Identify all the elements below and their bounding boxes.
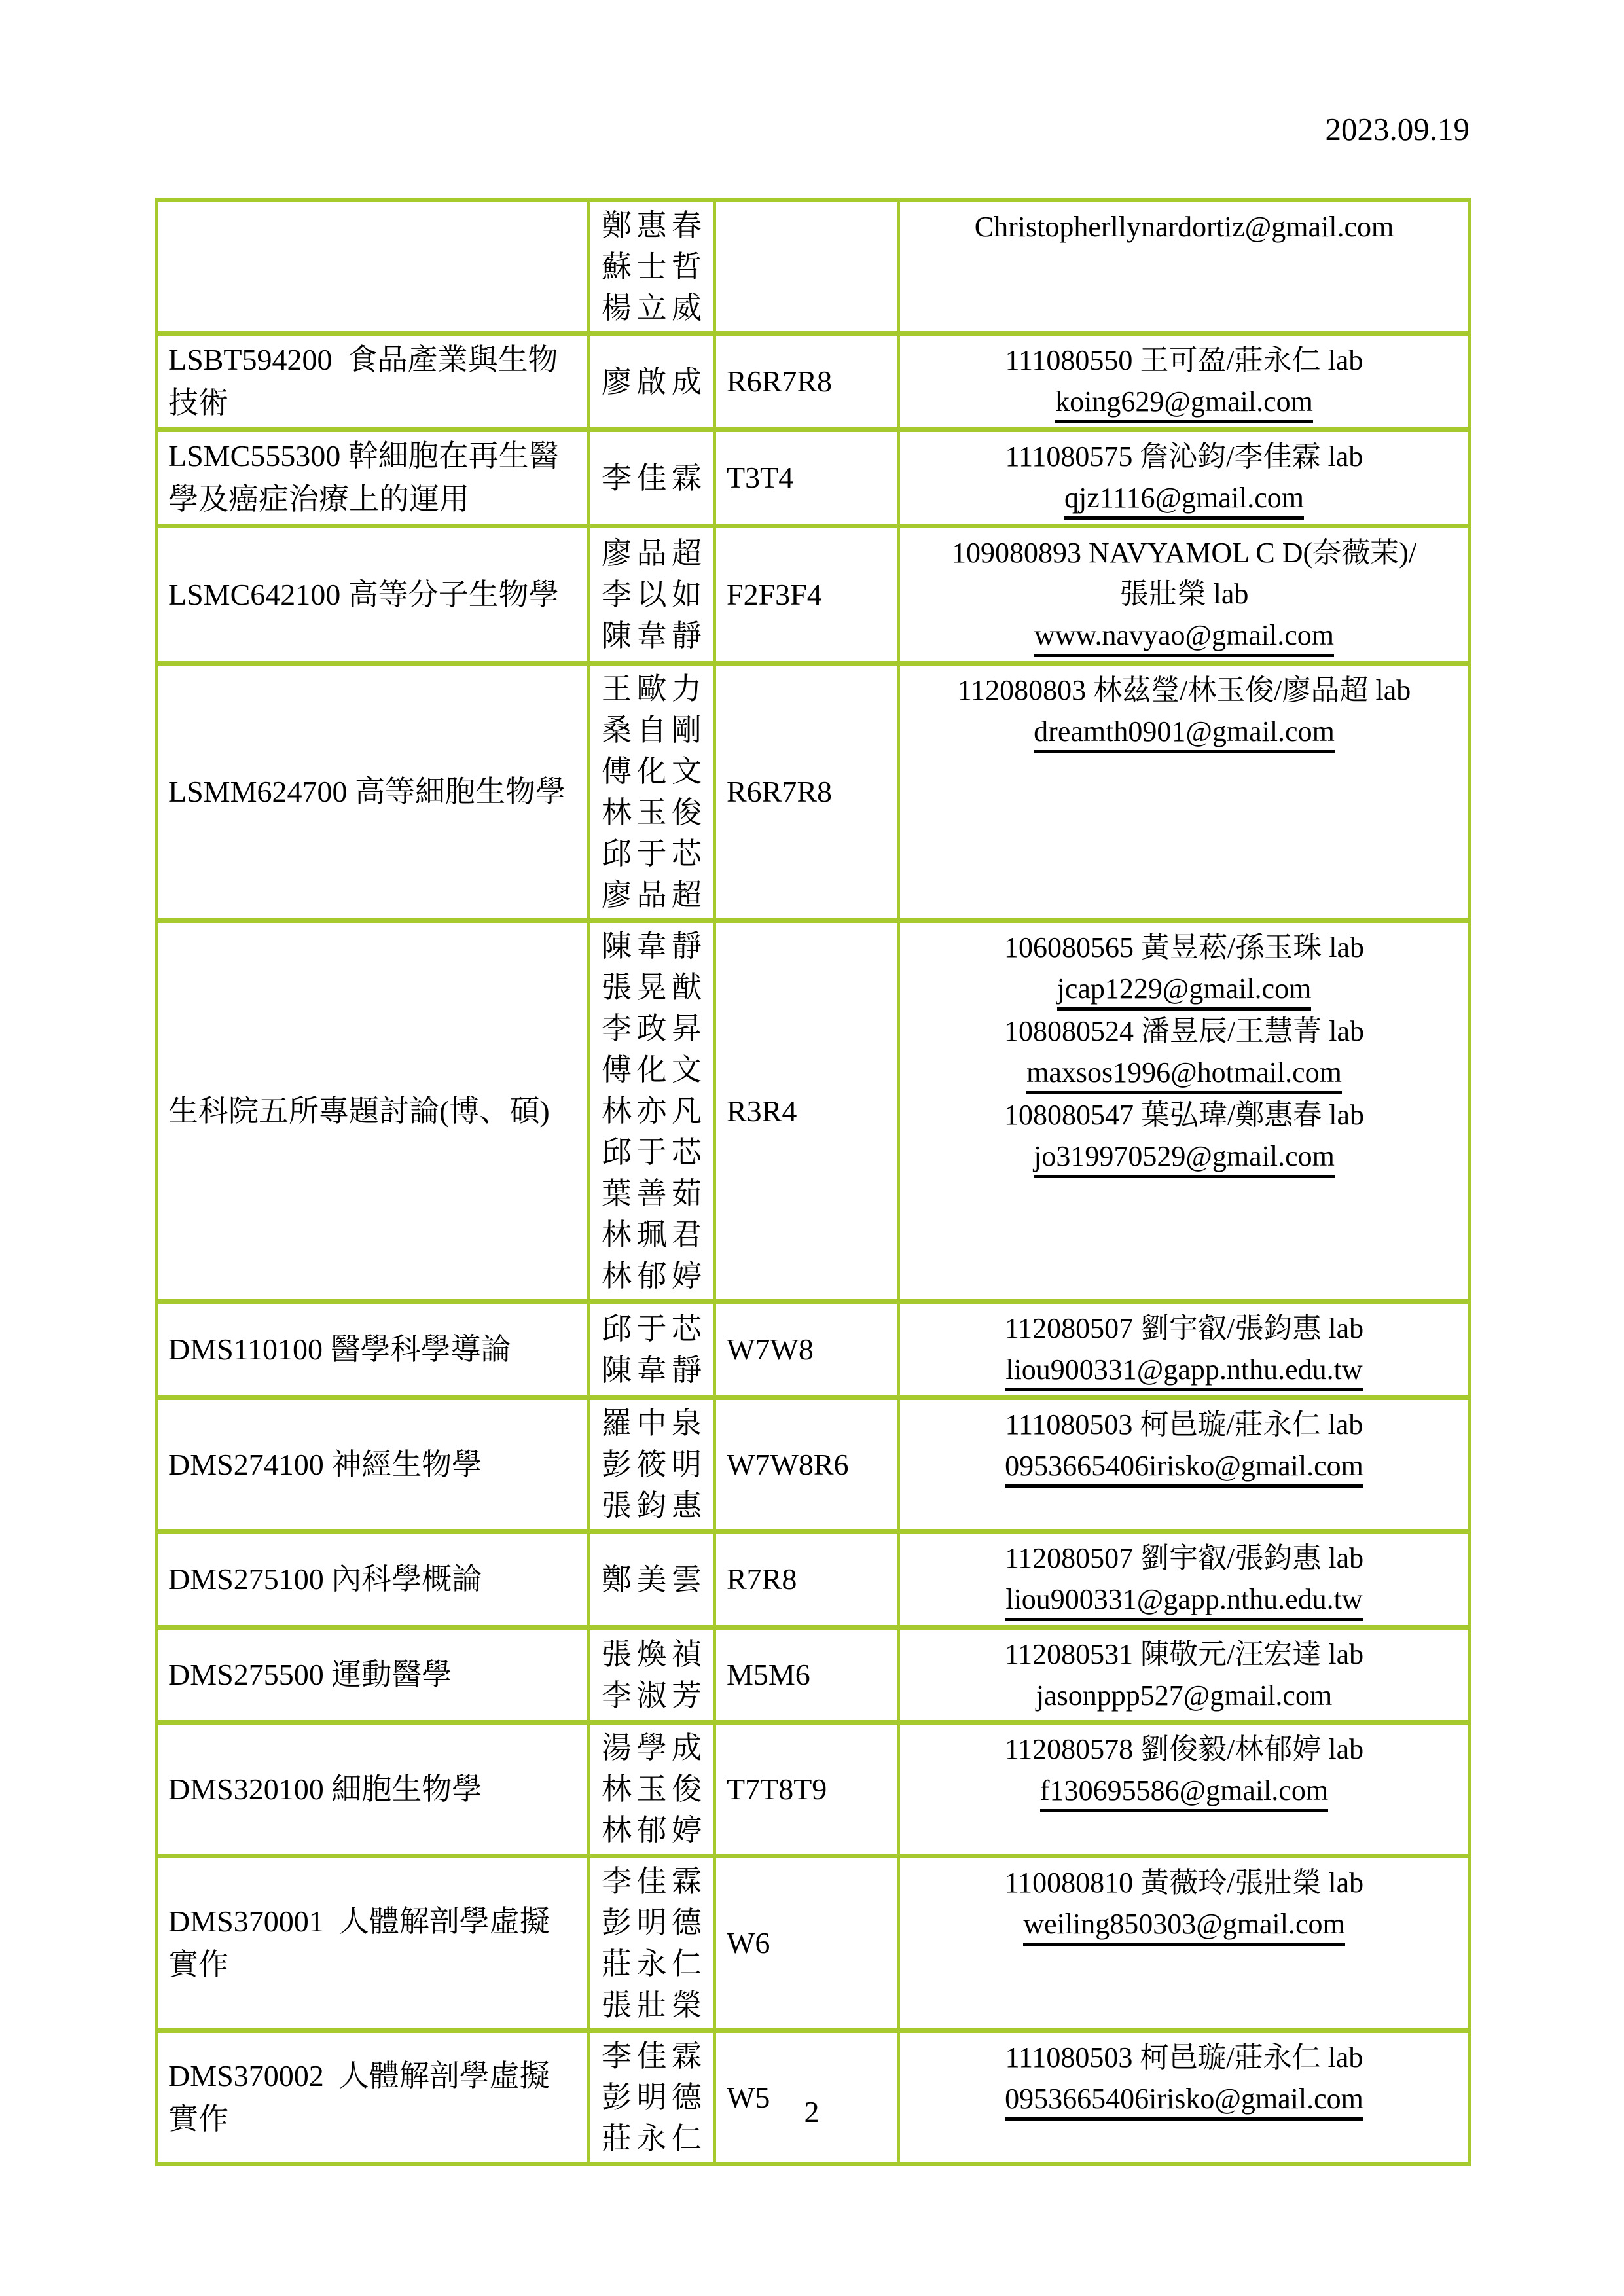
contact-line: 0953665406irisko@gmail.com (905, 1445, 1463, 1488)
teachers-cell: 張煥禎李淑芳 (588, 1628, 715, 1723)
table-row: 生科院五所專題討論(博、碩) 陳韋靜張晃猷李政昇傅化文林亦凡邱于芯葉善茹林珮君林… (156, 921, 1470, 1302)
teacher-name: 傅化文 (602, 751, 702, 792)
contact-text: 111080503 柯邑璇/莊永仁 lab (1005, 1408, 1363, 1441)
time-cell: R6R7R8 (715, 664, 899, 921)
table-row: DMS110100 醫學科學導論 邱于芯陳韋靜 W7W8 112080507 劉… (156, 1302, 1470, 1398)
teachers-cell: 王歐力桑自剛傅化文林玉俊邱于芯廖品超 (588, 664, 715, 921)
teacher-name: 廖品超 (602, 533, 702, 574)
teacher-name: 陳韋靜 (602, 615, 702, 656)
course-cell: DMS320100 細胞生物學 (156, 1723, 588, 1856)
contact-text: 106080565 黃昱菘/孫玉珠 lab (1004, 931, 1364, 963)
teacher-name: 林玉俊 (602, 792, 702, 833)
contact-line: 111080575 詹沁鈞/李佳霖 lab (905, 436, 1463, 477)
contact-cell: 112080507 劉宇叡/張鈞惠 labliou900331@gapp.nth… (899, 1302, 1470, 1398)
email-link[interactable]: 0953665406irisko@gmail.com (1005, 1449, 1363, 1488)
contact-text: 張壯榮 lab (1120, 578, 1249, 610)
contact-line: jo319970529@gmail.com (905, 1136, 1463, 1178)
contact-text: 112080803 林茲瑩/林玉俊/廖品超 lab (958, 674, 1411, 706)
teacher-name: 林亦凡 (602, 1090, 702, 1132)
teachers-cell: 鄭惠春蘇士哲楊立威 (588, 200, 715, 334)
teachers-cell: 廖啟成 (588, 334, 715, 430)
contact-cell: 111080503 柯邑璇/莊永仁 lab0953665406irisko@gm… (899, 1398, 1470, 1532)
teacher-name: 陳韋靜 (602, 925, 702, 967)
contact-text: 109080893 NAVYAMOL C D(奈薇茉)/ (952, 537, 1416, 569)
course-cell: LSBT594200 食品產業與生物技術 (156, 334, 588, 430)
time-cell: T7T8T9 (715, 1723, 899, 1856)
course-cell: DMS274100 神經生物學 (156, 1398, 588, 1532)
contact-cell: 109080893 NAVYAMOL C D(奈薇茉)/張壯榮 labwww.n… (899, 526, 1470, 664)
email-link[interactable]: weiling850303@gmail.com (1023, 1907, 1344, 1946)
contact-line: 108080547 葉弘瑋/鄭惠春 lab (905, 1094, 1463, 1136)
contact-text: 112080531 陳敬元/汪宏達 lab (1005, 1638, 1363, 1670)
time-cell: W6 (715, 1856, 899, 2031)
teacher-name: 張壯榮 (602, 1984, 702, 2026)
table-row: DMS274100 神經生物學 羅中泉彭筱明張鈞惠 W7W8R6 1110805… (156, 1398, 1470, 1532)
teacher-name: 邱于芯 (602, 833, 702, 874)
contact-line: 112080507 劉宇叡/張鈞惠 lab (905, 1308, 1463, 1349)
contact-cell: 112080803 林茲瑩/林玉俊/廖品超 labdreamth0901@gma… (899, 664, 1470, 921)
teachers-cell: 陳韋靜張晃猷李政昇傅化文林亦凡邱于芯葉善茹林珮君林郁婷 (588, 921, 715, 1302)
teacher-name: 桑自剛 (602, 709, 702, 751)
teacher-name: 張晃猷 (602, 967, 702, 1008)
contact-cell: 112080531 陳敬元/汪宏達 labjasonppp527@gmail.c… (899, 1628, 1470, 1723)
email-link[interactable]: jcap1229@gmail.com (1057, 972, 1312, 1011)
time-cell (715, 200, 899, 334)
teachers-cell: 鄭美雲 (588, 1532, 715, 1628)
teacher-name: 鄭惠春 (602, 205, 702, 246)
contact-text: 110080810 黃薇玲/張壯榮 lab (1005, 1867, 1363, 1899)
contact-text: 111080550 王可盈/莊永仁 lab (1005, 344, 1363, 376)
contact-line: 109080893 NAVYAMOL C D(奈薇茉)/ (905, 532, 1463, 573)
course-cell: LSMC642100 高等分子生物學 (156, 526, 588, 664)
table-row: 鄭惠春蘇士哲楊立威 Christopherllynardortiz@gmail.… (156, 200, 1470, 334)
teachers-cell: 廖品超李以如陳韋靜 (588, 526, 715, 664)
teacher-name: 湯學成 (602, 1727, 702, 1768)
course-cell: DMS110100 醫學科學導論 (156, 1302, 588, 1398)
table-row: LSMC642100 高等分子生物學 廖品超李以如陳韋靜 F2F3F4 1090… (156, 526, 1470, 664)
contact-text: 108080547 葉弘瑋/鄭惠春 lab (1004, 1099, 1364, 1131)
course-cell: DMS370001 人體解剖學虛擬實作 (156, 1856, 588, 2031)
contact-line: maxsos1996@hotmail.com (905, 1052, 1463, 1094)
time-cell: R7R8 (715, 1532, 899, 1628)
teachers-cell: 李佳霖彭明德莊永仁張壯榮 (588, 1856, 715, 2031)
teacher-name: 李佳霖 (602, 1861, 702, 1902)
course-cell: 生科院五所專題討論(博、碩) (156, 921, 588, 1302)
teachers-cell: 邱于芯陳韋靜 (588, 1302, 715, 1398)
teacher-name: 廖啟成 (602, 361, 702, 403)
contact-text: 112080507 劉宇叡/張鈞惠 lab (1005, 1542, 1363, 1574)
contact-line: liou900331@gapp.nthu.edu.tw (905, 1579, 1463, 1621)
contact-cell: 111080550 王可盈/莊永仁 labkoing629@gmail.com (899, 334, 1470, 430)
teacher-name: 彭明德 (602, 1902, 702, 1943)
email-link[interactable]: koing629@gmail.com (1055, 385, 1313, 423)
contact-line: 112080578 劉俊毅/林郁婷 lab (905, 1729, 1463, 1770)
teacher-name: 李佳霖 (602, 2036, 702, 2077)
teachers-cell: 湯學成林玉俊林郁婷 (588, 1723, 715, 1856)
document-date: 2023.09.19 (1326, 110, 1470, 149)
course-cell: LSMC555300 幹細胞在再生醫學及癌症治療上的運用 (156, 430, 588, 526)
teacher-name: 傅化文 (602, 1049, 702, 1090)
table-row: DMS320100 細胞生物學 湯學成林玉俊林郁婷 T7T8T9 1120805… (156, 1723, 1470, 1856)
contact-line: 108080524 潘昱辰/王慧菁 lab (905, 1011, 1463, 1052)
email-link[interactable]: qjz1116@gmail.com (1064, 481, 1304, 520)
contact-line: 111080550 王可盈/莊永仁 lab (905, 340, 1463, 381)
email-link[interactable]: www.navyao@gmail.com (1034, 619, 1334, 657)
contact-line: qjz1116@gmail.com (905, 477, 1463, 520)
email-link[interactable]: liou900331@gapp.nthu.edu.tw (1005, 1583, 1362, 1621)
time-cell: T3T4 (715, 430, 899, 526)
contact-line: f130695586@gmail.com (905, 1770, 1463, 1812)
teacher-name: 李佳霖 (602, 457, 702, 499)
email-link[interactable]: liou900331@gapp.nthu.edu.tw (1005, 1353, 1362, 1391)
table-row: LSBT594200 食品產業與生物技術 廖啟成 R6R7R8 11108055… (156, 334, 1470, 430)
teacher-name: 林郁婷 (602, 1255, 702, 1297)
contact-line: 111080503 柯邑璇/莊永仁 lab (905, 1404, 1463, 1445)
contact-cell: 112080507 劉宇叡/張鈞惠 labliou900331@gapp.nth… (899, 1532, 1470, 1628)
contact-line: 112080803 林茲瑩/林玉俊/廖品超 lab (905, 670, 1463, 711)
course-cell: LSMM624700 高等細胞生物學 (156, 664, 588, 921)
teachers-cell: 羅中泉彭筱明張鈞惠 (588, 1398, 715, 1532)
contact-line: 112080507 劉宇叡/張鈞惠 lab (905, 1537, 1463, 1579)
course-cell: DMS275500 運動醫學 (156, 1628, 588, 1723)
email-link[interactable]: f130695586@gmail.com (1040, 1774, 1328, 1812)
contact-cell: 110080810 黃薇玲/張壯榮 labweiling850303@gmail… (899, 1856, 1470, 2031)
email-link[interactable]: dreamth0901@gmail.com (1034, 715, 1335, 753)
contact-line: dreamth0901@gmail.com (905, 711, 1463, 753)
teacher-name: 蘇士哲 (602, 246, 702, 287)
contact-line: jasonppp527@gmail.com (905, 1675, 1463, 1716)
contact-line: 110080810 黃薇玲/張壯榮 lab (905, 1862, 1463, 1903)
teacher-name: 李政昇 (602, 1008, 702, 1049)
contact-line: weiling850303@gmail.com (905, 1903, 1463, 1946)
contact-text: 112080507 劉宇叡/張鈞惠 lab (1005, 1312, 1363, 1344)
course-cell: DMS275100 內科學概論 (156, 1532, 588, 1628)
teacher-name: 林珮君 (602, 1214, 702, 1255)
contact-cell: Christopherllynardortiz@gmail.com (899, 200, 1470, 334)
contact-text: Christopherllynardortiz@gmail.com (975, 211, 1394, 243)
table-row: DMS275100 內科學概論 鄭美雲 R7R8 112080507 劉宇叡/張… (156, 1532, 1470, 1628)
email-link[interactable]: maxsos1996@hotmail.com (1026, 1056, 1342, 1094)
time-cell: W7W8R6 (715, 1398, 899, 1532)
teacher-name: 葉善茹 (602, 1173, 702, 1214)
time-cell: F2F3F4 (715, 526, 899, 664)
time-cell: R6R7R8 (715, 334, 899, 430)
contact-cell: 106080565 黃昱菘/孫玉珠 labjcap1229@gmail.com1… (899, 921, 1470, 1302)
contact-text: 111080503 柯邑璇/莊永仁 lab (1005, 2041, 1363, 2073)
contact-line: 111080503 柯邑璇/莊永仁 lab (905, 2037, 1463, 2078)
teacher-name: 李淑芳 (602, 1675, 702, 1716)
teacher-name: 林玉俊 (602, 1768, 702, 1810)
contact-line: koing629@gmail.com (905, 381, 1463, 423)
email-link[interactable]: jo319970529@gmail.com (1034, 1139, 1335, 1178)
contact-text: 108080524 潘昱辰/王慧菁 lab (1004, 1015, 1364, 1047)
contact-text: 112080578 劉俊毅/林郁婷 lab (1005, 1733, 1363, 1765)
teacher-name: 鄭美雲 (602, 1559, 702, 1600)
table-body: 鄭惠春蘇士哲楊立威 Christopherllynardortiz@gmail.… (156, 200, 1470, 2164)
contact-text: jasonppp527@gmail.com (1036, 1679, 1332, 1712)
teacher-name: 張煥禎 (602, 1634, 702, 1675)
page-number: 2 (155, 2094, 1468, 2129)
table-row: LSMM624700 高等細胞生物學 王歐力桑自剛傅化文林玉俊邱于芯廖品超 R6… (156, 664, 1470, 921)
teacher-name: 張鈞惠 (602, 1485, 702, 1526)
contact-cell: 111080575 詹沁鈞/李佳霖 labqjz1116@gmail.com (899, 430, 1470, 526)
contact-cell: 112080578 劉俊毅/林郁婷 labf130695586@gmail.co… (899, 1723, 1470, 1856)
teachers-cell: 李佳霖 (588, 430, 715, 526)
contact-line: Christopherllynardortiz@gmail.com (905, 206, 1463, 247)
course-cell (156, 200, 588, 334)
contact-line: www.navyao@gmail.com (905, 615, 1463, 657)
time-cell: R3R4 (715, 921, 899, 1302)
teacher-name: 羅中泉 (602, 1403, 702, 1444)
teacher-name: 廖品超 (602, 874, 702, 916)
contact-line: jcap1229@gmail.com (905, 968, 1463, 1011)
teacher-name: 莊永仁 (602, 1943, 702, 1984)
time-cell: W7W8 (715, 1302, 899, 1398)
teacher-name: 王歐力 (602, 668, 702, 709)
table-row: DMS370001 人體解剖學虛擬實作 李佳霖彭明德莊永仁張壯榮 W6 1100… (156, 1856, 1470, 2031)
time-cell: M5M6 (715, 1628, 899, 1723)
teacher-name: 邱于芯 (602, 1132, 702, 1173)
teacher-name: 李以如 (602, 574, 702, 615)
course-contact-table: 鄭惠春蘇士哲楊立威 Christopherllynardortiz@gmail.… (155, 198, 1471, 2166)
contact-line: 106080565 黃昱菘/孫玉珠 lab (905, 927, 1463, 968)
teacher-name: 邱于芯 (602, 1308, 702, 1350)
contact-text: 111080575 詹沁鈞/李佳霖 lab (1005, 440, 1363, 473)
teacher-name: 楊立威 (602, 287, 702, 329)
table-row: LSMC555300 幹細胞在再生醫學及癌症治療上的運用 李佳霖 T3T4 11… (156, 430, 1470, 526)
contact-line: 112080531 陳敬元/汪宏達 lab (905, 1634, 1463, 1675)
teacher-name: 彭筱明 (602, 1444, 702, 1485)
table-row: DMS275500 運動醫學 張煥禎李淑芳 M5M6 112080531 陳敬元… (156, 1628, 1470, 1723)
contact-line: liou900331@gapp.nthu.edu.tw (905, 1349, 1463, 1391)
teacher-name: 陳韋靜 (602, 1350, 702, 1391)
contact-line: 張壯榮 lab (905, 573, 1463, 615)
teacher-name: 林郁婷 (602, 1810, 702, 1851)
